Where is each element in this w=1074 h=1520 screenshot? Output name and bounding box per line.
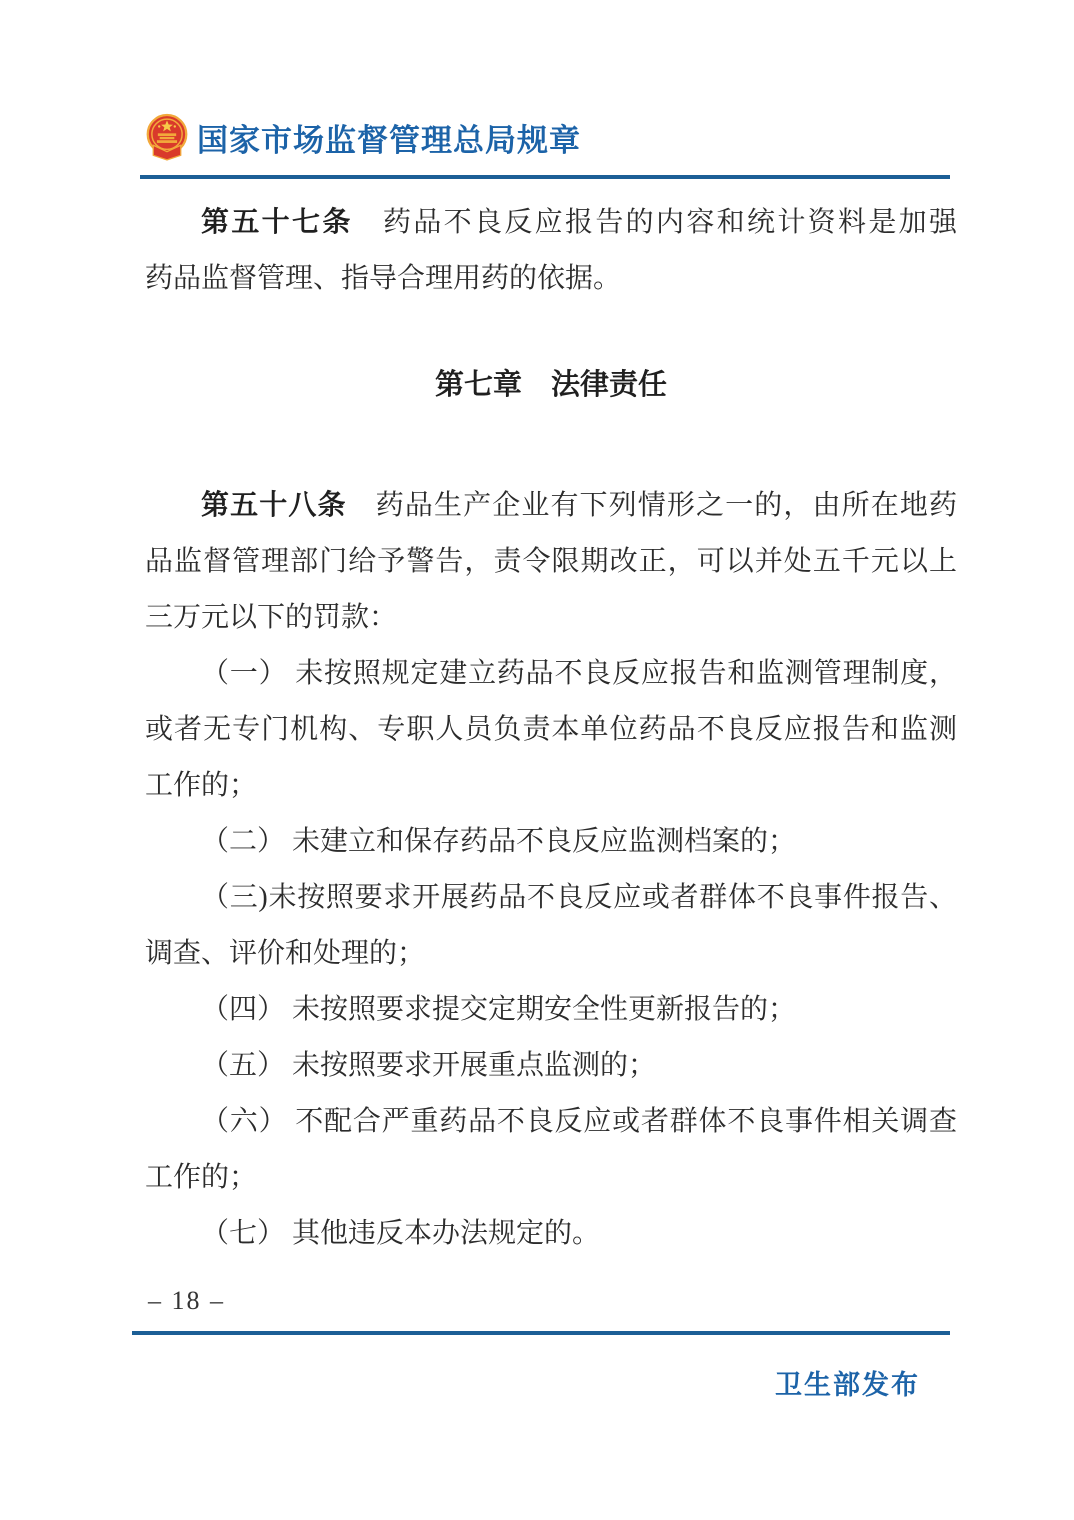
text-line: 或者无专门机构、专职人员负责本单位药品不良反应报告和监测 bbox=[145, 702, 957, 758]
paragraph: 第五十八条 药品生产企业有下列情形之一的，由所在地药品监督管理部门给予警告，责令… bbox=[145, 477, 957, 646]
paragraph: （四） 未按照要求提交定期安全性更新报告的； bbox=[145, 982, 957, 1038]
text-line: 第五十七条 药品不良反应报告的内容和统计资料是加强 bbox=[145, 194, 957, 251]
footer-divider bbox=[132, 1331, 950, 1335]
paragraph: （一） 未按照规定建立药品不良反应报告和监测管理制度，或者无专门机构、专职人员负… bbox=[145, 646, 957, 814]
text-line: （五） 未按照要求开展重点监测的； bbox=[145, 1038, 957, 1094]
text-line: 药品监督管理、指导合理用药的依据。 bbox=[145, 251, 957, 307]
paragraph: （五） 未按照要求开展重点监测的； bbox=[145, 1038, 957, 1094]
text-segment: （三)未按照要求开展药品不良反应或者群体不良事件报告、 bbox=[201, 882, 957, 913]
text-segment: 药品不良反应报告的内容和统计资料是加强 bbox=[353, 207, 957, 238]
paragraph: （三)未按照要求开展药品不良反应或者群体不良事件报告、调查、评价和处理的； bbox=[145, 870, 957, 982]
text-line: （三)未按照要求开展药品不良反应或者群体不良事件报告、 bbox=[145, 870, 957, 926]
document-body: 第五十七条 药品不良反应报告的内容和统计资料是加强药品监督管理、指导合理用药的依… bbox=[145, 194, 957, 1262]
page-header: 国家市场监督管理总局规章 bbox=[145, 112, 581, 162]
text-line: （六） 不配合严重药品不良反应或者群体不良事件相关调查 bbox=[145, 1094, 957, 1150]
text-segment: （六） 不配合严重药品不良反应或者群体不良事件相关调查 bbox=[201, 1106, 957, 1137]
text-line: （一） 未按照规定建立药品不良反应报告和监测管理制度， bbox=[145, 646, 957, 702]
text-line: 工作的； bbox=[145, 758, 957, 814]
chapter-heading: 第七章 法律责任 bbox=[145, 357, 957, 413]
text-segment: 药品生产企业有下列情形之一的，由所在地药 bbox=[347, 490, 957, 521]
text-segment: 三万元以下的罚款： bbox=[145, 602, 397, 633]
text-segment: 工作的； bbox=[145, 1162, 257, 1193]
text-line: 品监督管理部门给予警告，责令限期改正，可以并处五千元以上 bbox=[145, 534, 957, 590]
paragraph: （六） 不配合严重药品不良反应或者群体不良事件相关调查工作的； bbox=[145, 1094, 957, 1206]
text-segment: 工作的； bbox=[145, 770, 257, 801]
document-page: 国家市场监督管理总局规章 第五十七条 药品不良反应报告的内容和统计资料是加强药品… bbox=[0, 0, 1074, 1520]
text-line: （七） 其他违反本办法规定的。 bbox=[145, 1206, 957, 1262]
text-line: 第五十八条 药品生产企业有下列情形之一的，由所在地药 bbox=[145, 477, 957, 534]
text-segment: （一） 未按照规定建立药品不良反应报告和监测管理制度， bbox=[201, 658, 957, 689]
text-segment: （四） 未按照要求提交定期安全性更新报告的； bbox=[201, 994, 796, 1025]
text-line: （二） 未建立和保存药品不良反应监测档案的； bbox=[145, 814, 957, 870]
china-national-emblem-icon bbox=[145, 112, 189, 162]
text-line: 工作的； bbox=[145, 1150, 957, 1206]
text-line: 三万元以下的罚款： bbox=[145, 590, 957, 646]
header-divider bbox=[140, 175, 950, 179]
text-segment: 品监督管理部门给予警告，责令限期改正，可以并处五千元以上 bbox=[145, 546, 957, 577]
article-number: 第五十八条 bbox=[201, 489, 347, 520]
text-segment: （七） 其他违反本办法规定的。 bbox=[201, 1218, 600, 1249]
text-segment: 药品监督管理、指导合理用药的依据。 bbox=[145, 263, 621, 294]
publisher-label: 卫生部发布 bbox=[775, 1363, 920, 1402]
text-segment: 调查、评价和处理的； bbox=[145, 938, 425, 969]
page-number: – 18 – bbox=[148, 1284, 225, 1318]
page-title: 国家市场监督管理总局规章 bbox=[197, 115, 581, 160]
text-segment: （五） 未按照要求开展重点监测的； bbox=[201, 1050, 656, 1081]
paragraph: （二） 未建立和保存药品不良反应监测档案的； bbox=[145, 814, 957, 870]
text-line: （四） 未按照要求提交定期安全性更新报告的； bbox=[145, 982, 957, 1038]
text-segment: （二） 未建立和保存药品不良反应监测档案的； bbox=[201, 826, 796, 857]
paragraph: 第五十七条 药品不良反应报告的内容和统计资料是加强药品监督管理、指导合理用药的依… bbox=[145, 194, 957, 307]
paragraph: （七） 其他违反本办法规定的。 bbox=[145, 1206, 957, 1262]
article-number: 第五十七条 bbox=[201, 206, 353, 237]
text-segment: 或者无专门机构、专职人员负责本单位药品不良反应报告和监测 bbox=[145, 714, 957, 745]
text-line: 调查、评价和处理的； bbox=[145, 926, 957, 982]
